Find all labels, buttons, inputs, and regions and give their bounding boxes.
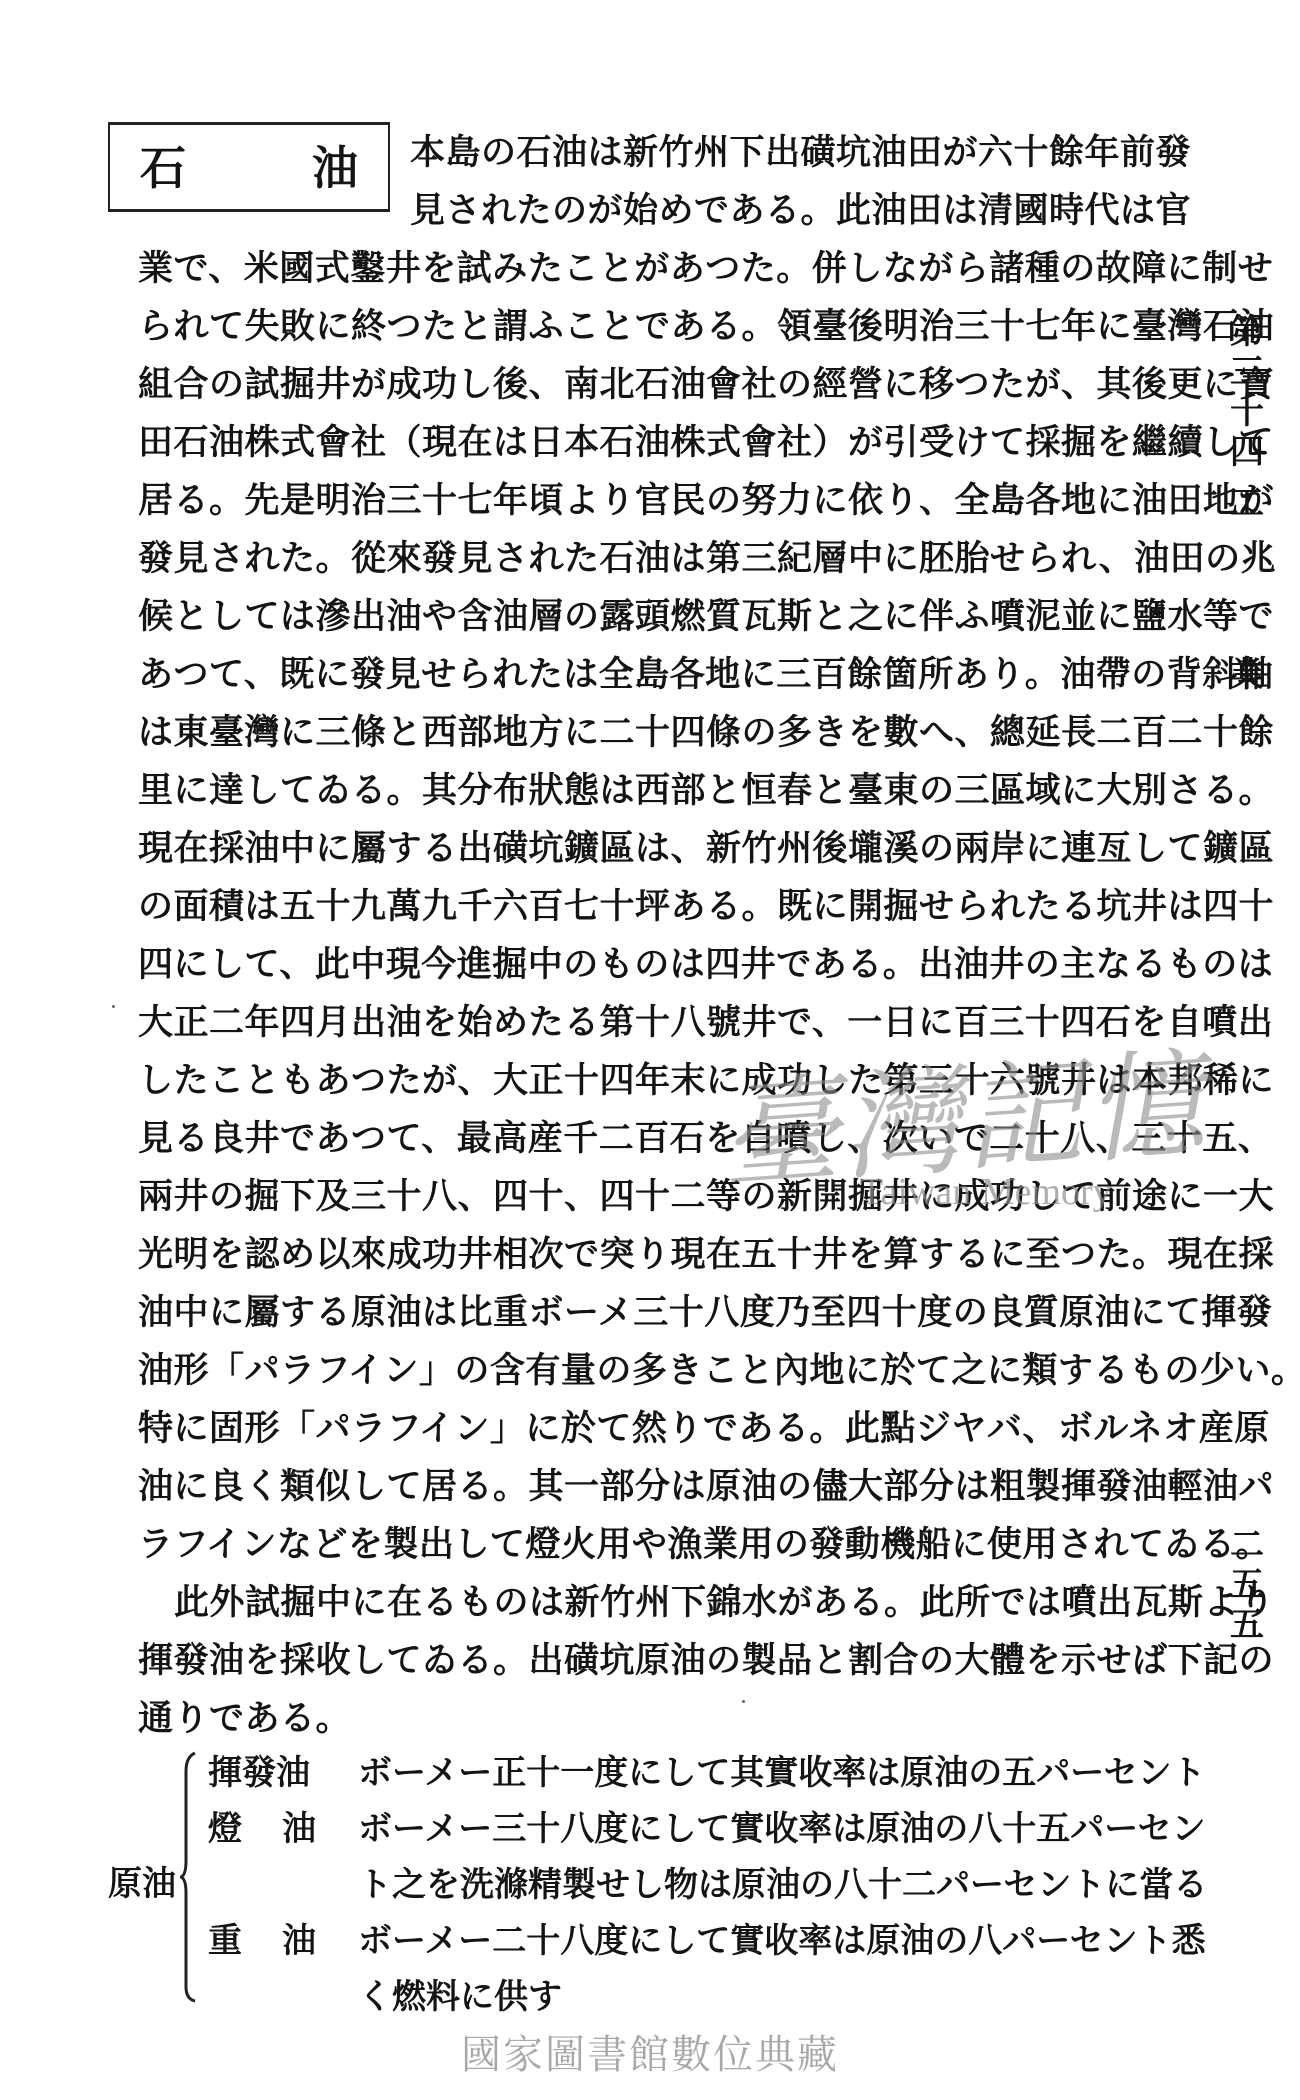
product-name: 燈油 (208, 1801, 358, 1857)
chapter-char: 第 (1222, 312, 1272, 352)
table-row: 揮發油ボーメー正十一度にして其實收率は原油の五パーセント (208, 1745, 1206, 1801)
body-line: 光明を認め以來成功井相次で突り現在五十井を算するに至つた。現在採 (138, 1227, 1183, 1283)
body-line: 見されたのが始めである。此油田は清國時代は官 (410, 183, 1183, 239)
chapter-char: 四 (1222, 432, 1272, 472)
product-description: ボーメー二十八度にして實收率は原油の八パーセント悉 (358, 1913, 1206, 1969)
table-row-continuation: ト之を洗滌精製せし物は原油の八十二パーセントに當る (208, 1857, 1207, 1913)
section-heading-box: 石 油 (108, 122, 390, 212)
library-footer: 國家圖書館數位典藏 (0, 2030, 1300, 2080)
body-line: 油に良く類似して居る。其一部分は原油の儘大部分は粗製揮發油輕油パ (138, 1459, 1183, 1515)
page-number-char: 五 (1222, 1605, 1272, 1645)
scan-speck (742, 1700, 745, 1703)
body-line: 里に達してゐる。其分布狀態は西部と恒春と臺東の三區域に大別さる。 (138, 763, 1183, 819)
product-description: ボーメー三十八度にして實收率は原油の八十五パーセン (358, 1801, 1206, 1857)
product-description: ボーメー正十一度にして其實收率は原油の五パーセント (358, 1745, 1206, 1801)
body-line: あつて、既に發見せられたは全島各地に三百餘箇所あり。油帶の背斜軸 (138, 647, 1183, 703)
crude-oil-products-table: 原油 揮發油ボーメー正十一度にして其實收率は原油の五パーセント 燈油ボーメー三十… (108, 1745, 1188, 2035)
body-line: 四にして、此中現今進掘中のものは四井である。出油井の主なるものは (138, 937, 1183, 993)
section-heading-char-1: 石 (140, 143, 186, 193)
body-line: 油中に屬する原油は比重ボーメ三十八度乃至四十度の良質原油にて揮發 (138, 1285, 1183, 1341)
body-line: 現在採油中に屬する出磺坑鑛區は、新竹州後壠溪の兩岸に連亙して鑛區 (138, 821, 1183, 877)
body-line: 此外試掘中に在るものは新竹州下錦水がある。此所では噴出瓦斯より (138, 1575, 1183, 1631)
crude-oil-group-label: 原油 (108, 1860, 176, 1908)
chapter-char: 十 (1222, 392, 1272, 432)
body-line: られて失敗に終つたと謂ふことである。領臺後明治三十七年に臺灣石油 (138, 299, 1183, 355)
body-line: ラフインなどを製出して燈火用や漁業用の發動機船に使用されてゐる。 (138, 1517, 1183, 1573)
product-description: ト之を洗滌精製せし物は原油の八十二パーセントに當る (358, 1857, 1207, 1913)
body-line: 油形「パラフイン」の含有量の多きこと內地に於て之に類するもの少い。 (138, 1343, 1183, 1399)
product-name: 揮發油 (208, 1745, 358, 1801)
body-line: 兩井の掘下及三十八、四十、四十二等の新開掘井に成功して前途に一大 (138, 1169, 1183, 1225)
table-row: 燈油ボーメー三十八度にして實收率は原油の八十五パーセン (208, 1801, 1206, 1857)
section-label-1: 工 (1222, 483, 1272, 523)
page-number-char: 五 (1222, 1565, 1272, 1605)
body-line: 本島の石油は新竹州下出磺坑油田が六十餘年前發 (410, 125, 1183, 181)
section-heading-char-2: 油 (312, 143, 358, 193)
chapter-char: 三 (1222, 352, 1272, 392)
product-name: 重油 (208, 1913, 358, 1969)
body-line: 組合の試掘井が成功し後、南北石油會社の經營に移つたが、其後更に寶 (138, 357, 1183, 413)
body-line: の面積は五十九萬九千六百七十坪ある。既に開掘せられたる坑井は四十 (138, 879, 1183, 935)
body-line: 田石油株式會社（現在は日本石油株式會社）が引受けて採掘を繼續して (138, 415, 1183, 471)
body-line: 見る良井であつて、最高産千二百石を自噴し、次いで二十八、三十五、 (138, 1111, 1183, 1167)
table-row-continuation: く燃料に供す (208, 1969, 562, 2025)
body-line: 通りである。 (138, 1691, 1183, 1747)
body-line: 大正二年四月出油を始めたる第十八號井で、一日に百三十四石を自噴出 (138, 995, 1183, 1051)
curly-brace-icon (180, 1751, 198, 2003)
body-line: 業で、米國式鑿井を試みたことがあつた。併しながら諸種の故障に制せ (138, 241, 1183, 297)
table-row: 重油ボーメー二十八度にして實收率は原油の八パーセント悉 (208, 1913, 1206, 1969)
chapter-label: 第 三 十 四 (1222, 312, 1272, 472)
body-line: 揮發油を採收してゐる。出磺坑原油の製品と割合の大體を示せば下記の (138, 1633, 1183, 1689)
body-line: は東臺灣に三條と西部地方に二十四條の多きを數へ、總延長二百二十餘 (138, 705, 1183, 761)
product-description: く燃料に供す (358, 1969, 562, 2025)
document-page: 石 油 本島の石油は新竹州下出磺坑油田が六十餘年前發 見されたのが始めである。此… (0, 0, 1300, 2100)
body-line: 居る。先是明治三十七年頃より官民の努力に依り、全島各地に油田地が (138, 473, 1183, 529)
body-line: 發見された。從來發見された石油は第三紀層中に胚胎せられ、油田の兆 (138, 531, 1183, 587)
body-line: 特に固形「パラフイン」に於て然りである。此點ジヤバ、ボルネオ産原 (138, 1401, 1183, 1457)
page-number: 二 五 五 (1222, 1525, 1272, 1645)
scan-speck (112, 1005, 115, 1008)
body-line: 候としては滲出油や含油層の露頭燃質瓦斯と之に伴ふ噴泥並に鹽水等で (138, 589, 1183, 645)
body-line: したこともあつたが、大正十四年末に成功した第三十六號井は本邦稀に (138, 1053, 1183, 1109)
section-label-2: 業 (1222, 655, 1272, 695)
page-number-char: 二 (1222, 1525, 1272, 1565)
